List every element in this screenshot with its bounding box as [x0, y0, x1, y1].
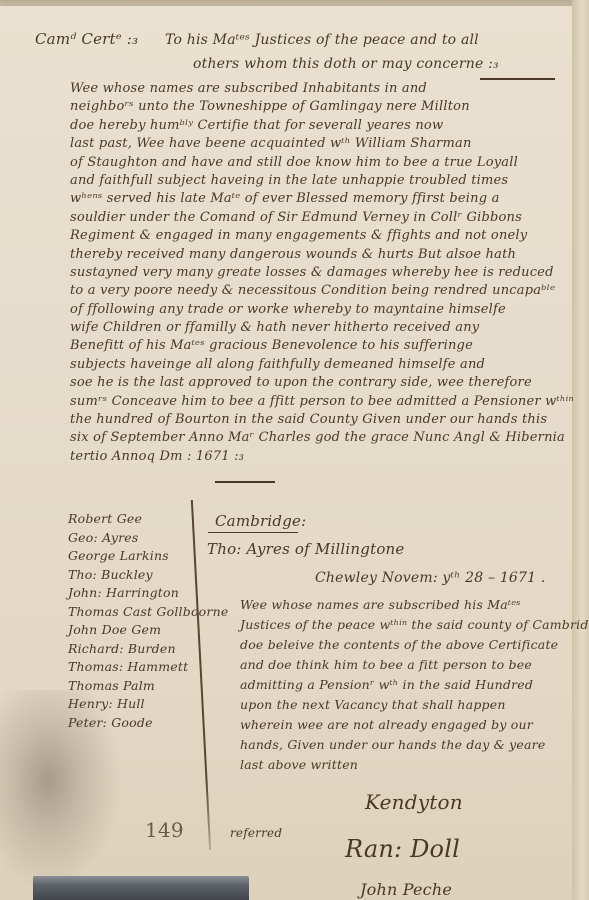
cert-line: Justices of the peace wᵗʰⁱⁿ the said cou…: [240, 615, 589, 635]
folio-number: 149: [145, 818, 184, 842]
body-line: to a very poore needy & necessitous Cond…: [70, 282, 574, 300]
body-line: wife Children or ffamilly & hath never h…: [70, 319, 574, 337]
signatory: John: Harrington: [68, 584, 228, 603]
body-line: neighboʳˢ unto the Towneshippe of Gamlin…: [70, 98, 574, 116]
body-line: six of September Anno Maʳ Charles god th…: [70, 429, 574, 447]
body-line: of ffollowing any trade or worke whereby…: [70, 301, 574, 319]
petition-body: Wee whose names are subscribed Inhabitan…: [70, 80, 574, 466]
body-line: the hundred of Bourton in the said Count…: [70, 411, 574, 429]
cert-line: hands, Given under our hands the day & y…: [240, 735, 589, 755]
justices-certificate: Wee whose names are subscribed his Maᵗᵉˢ…: [240, 595, 589, 775]
metal-clip: [33, 876, 249, 900]
body-line: sustayned very many greate losses & dama…: [70, 264, 574, 282]
signatory: Tho: Buckley: [68, 566, 228, 585]
signatories-column: Robert Gee Geo: Ayres George Larkins Tho…: [68, 510, 228, 732]
body-line: and faithfull subject haveing in the lat…: [70, 172, 574, 190]
certificate-date: Chewley Novem: yᵗʰ 28 – 1671 .: [315, 570, 546, 586]
body-line: souldier under the Comand of Sir Edmund …: [70, 209, 574, 227]
body-line: subjects haveinge all along faithfully d…: [70, 356, 574, 374]
body-line: sumʳˢ Conceave him to bee a ffitt person…: [70, 393, 574, 411]
cert-line: last above written: [240, 755, 589, 775]
justice-signature: Ran: Doll: [345, 835, 460, 863]
cert-line: wherein wee are not already engaged by o…: [240, 715, 589, 735]
signatory: Thomas: Hammett: [68, 658, 228, 677]
body-line: Regiment & engaged in many engagements &…: [70, 227, 574, 245]
signatory: Robert Gee: [68, 510, 228, 529]
cert-line: upon the next Vacancy that shall happen: [240, 695, 589, 715]
tho-signature: Tho: Ayres of Millingtone: [207, 540, 405, 558]
body-line: last past, Wee have beene acquainted wᵗʰ…: [70, 135, 574, 153]
justice-signature: Kendyton: [365, 790, 463, 814]
signatory: Henry: Hull: [68, 695, 228, 714]
body-line: Benefitt of his Maᵗᵉˢ gracious Benevolen…: [70, 337, 574, 355]
justice-signature: John Peche: [360, 880, 452, 899]
signatory: Richard: Burden: [68, 640, 228, 659]
header-note: Camᵈ Certᵉ :₃: [35, 30, 138, 48]
body-line: soe he is the last approved to upon the …: [70, 374, 574, 392]
body-line: Wee whose names are subscribed Inhabitan…: [70, 80, 574, 98]
signatory: Thomas Cast Gollboorne: [68, 603, 228, 622]
body-line: wʰᵉⁿˢ served his late Maᵗᵉ of ever Bless…: [70, 190, 574, 208]
address-block: To his Maᵗᵉˢ Justices of the peace and t…: [165, 28, 499, 76]
margin-note: referred: [230, 826, 282, 840]
cert-line: and doe think him to bee a fitt person t…: [240, 655, 589, 675]
body-line: thereby received many dangerous wounds &…: [70, 246, 574, 264]
cambridge-heading: Cambridge:: [215, 512, 306, 530]
cambridge-underline: [208, 532, 298, 533]
address-line: To his Maᵗᵉˢ Justices of the peace and t…: [165, 28, 499, 52]
body-line: tertio Annoq Dm : 1671 :₃: [70, 448, 574, 466]
signatory: George Larkins: [68, 547, 228, 566]
body-line: of Staughton and have and still doe know…: [70, 154, 574, 172]
body-line: doe hereby humᵇˡʸ Certifie that for seve…: [70, 117, 574, 135]
cert-line: doe beleive the contents of the above Ce…: [240, 635, 589, 655]
address-line: others whom this doth or may concerne :₃: [165, 52, 499, 76]
cert-line: admitting a Pensionʳ wᵗʰ in the said Hun…: [240, 675, 589, 695]
signatory: Thomas Palm: [68, 677, 228, 696]
signatory: Geo: Ayres: [68, 529, 228, 548]
date-underline: [215, 481, 275, 483]
signatory: John Doe Gem: [68, 621, 228, 640]
cert-line: Wee whose names are subscribed his Maᵗᵉˢ: [240, 595, 589, 615]
